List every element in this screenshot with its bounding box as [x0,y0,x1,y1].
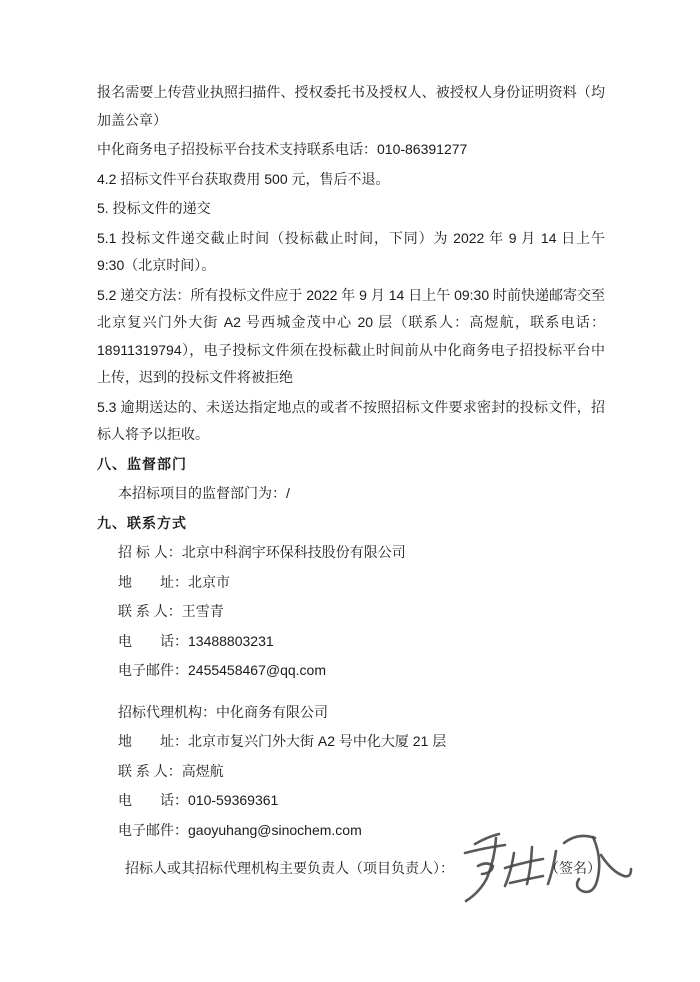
contact-row-person: 联 系 人：高煜航 [97,758,605,786]
tenderer-address: 北京市 [188,574,230,590]
contact-row-tenderer: 招 标 人：北京中科润宇环保科技股份有限公司 [97,539,605,567]
contact-label: 电子邮件： [118,657,188,685]
tenderer-phone: 13488803231 [188,633,274,649]
tenderer-name: 北京中科润宇环保科技股份有限公司 [182,544,406,560]
contact-row-phone: 电 话：010-59369361 [97,787,605,815]
contact-label: 地 址： [118,728,188,756]
contact-row-address: 地 址：北京市复兴门外大街 A2 号中化大厦 21 层 [97,728,605,756]
tenderer-email: 2455458467@qq.com [188,662,326,678]
paragraph-4-2-document-fee: 4.2 招标文件平台获取费用 500 元，售后不退。 [97,166,605,194]
agency-phone: 010-59369361 [188,792,278,808]
agency-name: 中化商务有限公司 [216,704,328,720]
contact-row-agency: 招标代理机构：中化商务有限公司 [97,699,605,727]
document-body: 报名需要上传营业执照扫描件、授权委托书及授权人、被授权人身份证明资料（均加盖公章… [97,79,605,846]
tenderer-contact-block: 招 标 人：北京中科润宇环保科技股份有限公司 地 址：北京市 联 系 人：王雪青… [97,539,605,685]
handwritten-signature-gao-yuhang: 高煜航 [452,828,642,908]
contact-label: 招 标 人： [118,539,182,567]
contact-label: 招标代理机构： [118,699,216,727]
paragraph-5-3-rejection: 5.3 逾期送达的、未送达指定地点的或者不按照招标文件要求密封的投标文件，招标人… [97,394,605,449]
agency-contact-block: 招标代理机构：中化商务有限公司 地 址：北京市复兴门外大街 A2 号中化大厦 2… [97,699,605,845]
document-page: 报名需要上传营业执照扫描件、授权委托书及授权人、被授权人身份证明资料（均加盖公章… [0,0,700,982]
paragraph-registration-upload: 报名需要上传营业执照扫描件、授权委托书及授权人、被授权人身份证明资料（均加盖公章… [97,79,605,134]
contact-label: 电子邮件： [118,817,188,845]
contact-row-address: 地 址：北京市 [97,569,605,597]
agency-email: gaoyuhang@sinochem.com [188,822,362,838]
contact-row-phone: 电 话：13488803231 [97,628,605,656]
paragraph-5-submission-title: 5. 投标文件的递交 [97,195,605,223]
responsible-person-line: 招标人或其招标代理机构主要负责人（项目负责人）： [125,858,454,878]
section-heading-contacts: 九、联系方式 [97,510,605,538]
paragraph-5-1-deadline: 5.1 投标文件递交截止时间（投标截止时间，下同）为 2022 年 9 月 14… [97,225,605,280]
section-heading-supervision: 八、监督部门 [97,451,605,479]
agency-contact-person: 高煜航 [182,763,224,779]
supervision-body: 本招标项目的监督部门为：/ [97,480,605,508]
contact-row-email: 电子邮件：2455458467@qq.com [97,657,605,685]
agency-address: 北京市复兴门外大街 A2 号中化大厦 21 层 [188,733,446,749]
contact-label: 地 址： [118,569,188,597]
paragraph-platform-support-phone: 中化商务电子招投标平台技术支持联系电话：010-86391277 [97,136,605,164]
paragraph-5-2-submission-method: 5.2 递交方法：所有投标文件应于 2022 年 9 月 14 日上午 09:3… [97,282,605,392]
contact-label: 联 系 人： [118,598,182,626]
contact-label: 电 话： [118,787,188,815]
contact-label: 联 系 人： [118,758,182,786]
tenderer-contact-person: 王雪青 [182,603,224,619]
contact-label: 电 话： [118,628,188,656]
contact-row-person: 联 系 人：王雪青 [97,598,605,626]
